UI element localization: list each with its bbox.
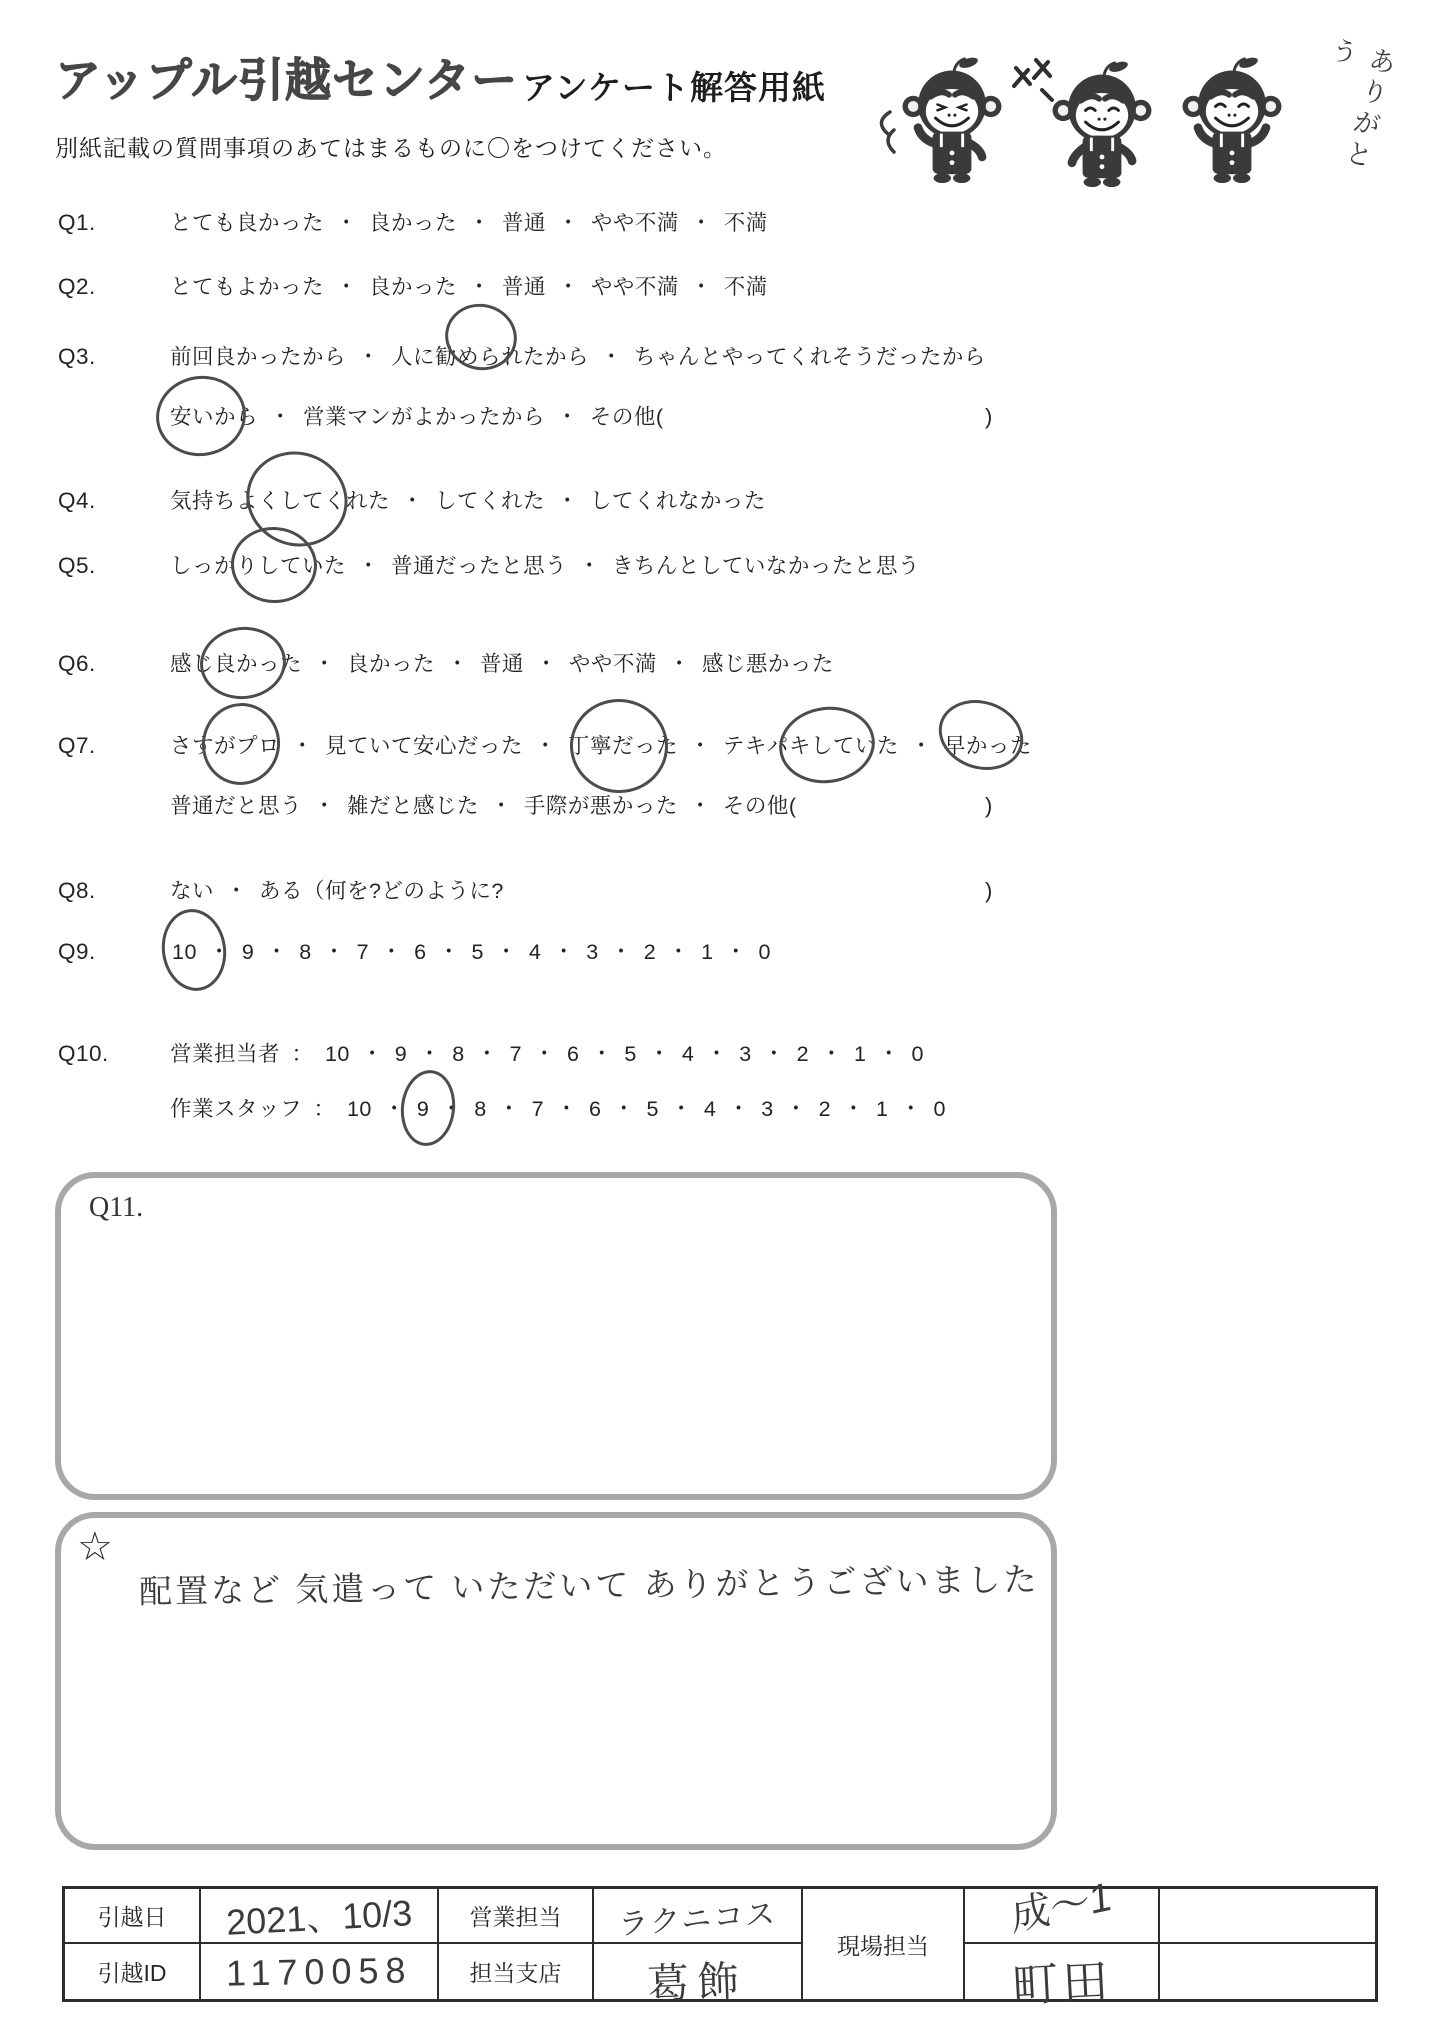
- instruction-text: 別紙記載の質問事項のあてはまるものに〇をつけてください。: [55, 130, 727, 163]
- handwritten-answer-circle: キして: [789, 731, 855, 761]
- question-number: Q4.: [58, 486, 96, 516]
- handwritten-answer-circle: 早かっ: [944, 731, 1010, 761]
- question-row: 作業スタッフ ： 10 ・ 9 ・ 8 ・ 7 ・ 6 ・ 5 ・ 4 ・ 3 …: [0, 1094, 1100, 1124]
- move-date-label: 引越日: [65, 1889, 201, 1944]
- question-options: 作業スタッフ ： 10 ・ 9 ・ 8 ・ 7 ・ 6 ・ 5 ・ 4 ・ 3 …: [170, 1094, 946, 1124]
- option-text: ない ・ ある（何を?どのように?: [170, 879, 504, 903]
- handwritten-answer-circle: 寧だ: [590, 731, 634, 761]
- question-options: 普通だと思う ・ 雑だと感じた ・ 手際が悪かった ・ その他(: [170, 791, 797, 821]
- option-text: ロ ・ 見ていて安心だった ・ 丁: [258, 734, 590, 758]
- option-text: た: [1010, 734, 1032, 758]
- option-text: ・ 8 ・ 7 ・ 6 ・ 5 ・ 4 ・ 3 ・ 2 ・ 1 ・ 0: [429, 1097, 946, 1121]
- thanks-handwriting: ありがとう: [1291, 33, 1403, 197]
- option-text: さす: [170, 734, 214, 758]
- question-number: Q5.: [58, 551, 96, 581]
- handwritten-answer-circle: くして: [258, 486, 324, 516]
- option-text: とても良かった ・ 良かった ・ 普通 ・ やや不満 ・ 不満: [170, 211, 768, 235]
- question-row: Q10.営業担当者 ： 10 ・ 9 ・ 8 ・ 7 ・ 6 ・ 5 ・ 4 ・…: [0, 1039, 1100, 1069]
- q11-comment-box: Q11.: [55, 1172, 1057, 1500]
- company-logo-title: アップル引越センター: [55, 44, 518, 110]
- star-icon: ☆: [77, 1524, 113, 1570]
- question-options: 安いから ・ 営業マンがよかったから ・ その他(: [170, 402, 664, 432]
- question-options: さすがプロ ・ 見ていて安心だった ・ 丁寧だった ・ テキパキしていた ・ 早…: [170, 731, 1032, 761]
- option-text: いた ・: [855, 734, 944, 758]
- question-row: Q6.感じ良かった ・ 良かった ・ 普通 ・ やや不満 ・ 感じ悪かった: [0, 649, 1100, 679]
- question-options: 前回良かったから ・ 人に勧められたから ・ ちゃんとやってくれそうだったから: [170, 342, 986, 372]
- sales-rep-value: ラクニコス: [594, 1889, 803, 1944]
- q11-label: Q11.: [89, 1192, 143, 1224]
- question-row: Q1.とても良かった ・ 良かった ・ 普通 ・ やや不満 ・ 不満: [0, 208, 1100, 238]
- question-row: 普通だと思う ・ 雑だと感じた ・ 手際が悪かった ・ その他(): [0, 791, 1100, 821]
- handwritten-answer-circle: 10: [172, 937, 197, 967]
- option-text: 気持ちよ: [170, 489, 258, 513]
- question-number: Q8.: [58, 876, 96, 906]
- question-options: とても良かった ・ 良かった ・ 普通 ・ やや不満 ・ 不満: [170, 208, 768, 238]
- branch-label: 担当支店: [439, 1944, 594, 1999]
- monkey-mascot-icon: [898, 56, 1006, 184]
- form-title: アンケート解答用紙: [522, 62, 826, 109]
- handwritten-answer-circle: 良か: [214, 649, 258, 679]
- question-number: Q6.: [58, 649, 96, 679]
- option-text: 普通だと思う ・ 雑だと感じた ・ 手際が悪かった ・ その他(: [170, 794, 797, 818]
- question-row: Q7.さすがプロ ・ 見ていて安心だった ・ 丁寧だった ・ テキパキしていた …: [0, 731, 1100, 761]
- move-id-label: 引越ID: [65, 1944, 201, 1999]
- handwritten-answer-circle: 安い: [170, 402, 214, 432]
- option-text: れたから ・ ちゃんとやってくれそうだったから: [501, 345, 986, 369]
- question-row: Q5.しっかりしていた ・ 普通だったと思う ・ きちんとしていなかったと思う: [0, 551, 1100, 581]
- monkey-mascot-icon: [1178, 56, 1286, 184]
- star-comment-box: ☆ 配置など 気遣って いただいて ありがとうございました: [55, 1512, 1057, 1850]
- motion-lines-icon: [870, 108, 898, 158]
- question-row: Q2.とてもよかった ・ 良かった ・ 普通 ・ やや不満 ・ 不満: [0, 272, 1100, 302]
- option-text: 感じ: [170, 652, 214, 676]
- question-number: Q1.: [58, 208, 96, 238]
- site-crew-value-2: 町田: [965, 1944, 1160, 1999]
- sales-rep-label: 営業担当: [439, 1889, 594, 1944]
- empty-cell: [1160, 1889, 1375, 1944]
- question-options: 気持ちよくしてくれた ・ してくれた ・ してくれなかった: [170, 486, 766, 516]
- question-row: Q4.気持ちよくしてくれた ・ してくれた ・ してくれなかった: [0, 486, 1100, 516]
- option-text: 営業担当者 ： 10 ・ 9 ・ 8 ・ 7 ・ 6 ・ 5 ・ 4 ・ 3 ・…: [170, 1042, 924, 1066]
- handwritten-answer-circle: がプ: [214, 731, 258, 761]
- move-date-value: 2021、10/3: [201, 1889, 439, 1944]
- question-row: 安いから ・ 営業マンがよかったから ・ その他(): [0, 402, 1100, 432]
- option-text: とてもよかった ・ 良かった ・ 普通 ・ やや不満 ・ 不満: [170, 275, 768, 299]
- handwritten-answer-circle: 9: [417, 1094, 429, 1124]
- question-options: とてもよかった ・ 良かった ・ 普通 ・ やや不満 ・ 不満: [170, 272, 768, 302]
- option-text: から ・ 営業マンがよかったから ・ その他(: [214, 405, 664, 429]
- option-text: しっか: [170, 554, 236, 578]
- close-paren: ): [985, 876, 993, 906]
- question-row: Q8.ない ・ ある（何を?どのように?): [0, 876, 1100, 906]
- option-text: 前回良かったから ・ 人に勧: [170, 345, 457, 369]
- empty-cell: [1160, 1944, 1375, 1999]
- close-paren: ): [985, 402, 993, 432]
- move-id-value: 1170058: [201, 1944, 439, 1999]
- monkey-mascot-icon: [1048, 60, 1156, 188]
- question-number: Q9.: [58, 937, 96, 967]
- customer-handwritten-message: 配置など 気遣って いただいて ありがとうございました: [139, 1554, 1020, 1613]
- footer-info-table: 引越日 2021、10/3 営業担当 ラクニコス 現場担当 成～1 引越ID 1…: [62, 1886, 1378, 2002]
- question-options: しっかりしていた ・ 普通だったと思う ・ きちんとしていなかったと思う: [170, 551, 920, 581]
- handwritten-answer-circle: めら: [457, 342, 501, 372]
- question-options: 感じ良かった ・ 良かった ・ 普通 ・ やや不満 ・ 感じ悪かった: [170, 649, 834, 679]
- question-row: Q3.前回良かったから ・ 人に勧められたから ・ ちゃんとやってくれそうだった…: [0, 342, 1100, 372]
- option-text: った ・ テキパ: [634, 734, 789, 758]
- question-row: Q9.10 ・ 9 ・ 8 ・ 7 ・ 6 ・ 5 ・ 4 ・ 3 ・ 2 ・ …: [0, 937, 1100, 967]
- question-options: 10 ・ 9 ・ 8 ・ 7 ・ 6 ・ 5 ・ 4 ・ 3 ・ 2 ・ 1 ・…: [172, 937, 771, 967]
- option-text: った ・ 良かった ・ 普通 ・ やや不満 ・ 感じ悪かった: [258, 652, 834, 676]
- question-number: Q10.: [58, 1039, 109, 1069]
- question-options: ない ・ ある（何を?どのように?: [170, 876, 504, 906]
- question-number: Q2.: [58, 272, 96, 302]
- question-options: 営業担当者 ： 10 ・ 9 ・ 8 ・ 7 ・ 6 ・ 5 ・ 4 ・ 3 ・…: [170, 1039, 924, 1069]
- survey-sheet: アップル引越センター アンケート解答用紙 別紙記載の質問事項のあてはまるものに〇…: [0, 0, 1433, 2023]
- question-number: Q7.: [58, 731, 96, 761]
- option-text: くれた ・ してくれた ・ してくれなかった: [324, 489, 766, 513]
- question-number: Q3.: [58, 342, 96, 372]
- option-text: ・ 9 ・ 8 ・ 7 ・ 6 ・ 5 ・ 4 ・ 3 ・ 2 ・ 1 ・ 0: [197, 940, 771, 964]
- site-crew-label: 現場担当: [803, 1889, 965, 1999]
- option-text: いた ・ 普通だったと思う ・ きちんとしていなかったと思う: [302, 554, 920, 578]
- close-paren: ): [985, 791, 993, 821]
- branch-value: 葛飾: [594, 1944, 803, 1999]
- site-crew-value-1: 成～1: [965, 1889, 1160, 1944]
- handwritten-answer-circle: りして: [236, 551, 302, 581]
- option-text: 作業スタッフ ： 10 ・: [170, 1097, 417, 1121]
